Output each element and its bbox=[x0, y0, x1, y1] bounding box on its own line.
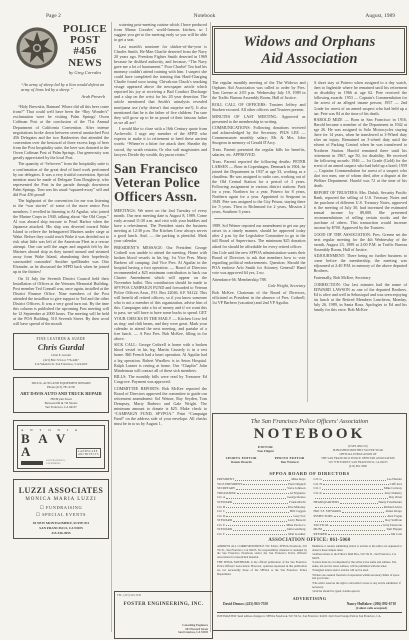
masthead-header: EDITOR Tom Flippin SPORTS EDITOR Dennis … bbox=[217, 445, 402, 469]
ad-footer: SAN FRANCISCO, CALIFORNIA bbox=[21, 460, 101, 466]
ad-phone: Phone (415) 781-9150 bbox=[16, 385, 106, 389]
board-title: SFPOA BOARD OF DIRECTORS bbox=[217, 471, 402, 476]
paragraph: CORRECTION: Our last minutes had the nam… bbox=[314, 282, 408, 312]
paragraph: A short stay at Potrero when assigned to… bbox=[314, 80, 408, 115]
paragraph: COMMUNICATIONS: Following donations rece… bbox=[212, 125, 306, 145]
paragraph: On 13 July the Seventh District Council … bbox=[13, 276, 109, 327]
widows-body: The regular monthly meeting of the The W… bbox=[212, 80, 407, 410]
fine-print: ADDRESS ALL CORRESPONDENCE TO: Editor, S… bbox=[217, 545, 402, 594]
editors-block: EDITOR Tom Flippin SPORTS EDITOR Dennis … bbox=[217, 445, 314, 469]
board-of-directors: PRESIDENTMike KeysVICE PRESIDENTPaul Chi… bbox=[217, 477, 402, 536]
paragraph: MEETINGS: We meet on the 2nd Tuesday of … bbox=[114, 208, 207, 243]
paragraph: Treas. Parenti reported the following de… bbox=[212, 159, 306, 215]
vpoa-headline: San Francisco Veteran Police Officers As… bbox=[114, 162, 207, 204]
paragraph: The highpoint of the convention for me w… bbox=[13, 198, 109, 274]
dotted-leader bbox=[323, 530, 385, 531]
dotted-leader bbox=[334, 516, 387, 517]
advertising-contact-left: David Demos: (415) 863-7550 bbox=[223, 602, 268, 610]
dotted-leader bbox=[342, 512, 385, 513]
notebook-masthead: The San Francisco Police Officers' Assoc… bbox=[212, 413, 407, 631]
ad-address: 50 NEW MONTGOMERY, SUITE 811 SAN FRANCIS… bbox=[16, 521, 106, 535]
ad-address: San Francisco, CA 94107 bbox=[16, 405, 106, 409]
ad-address: Consulting Engineers 667 Howard Street S… bbox=[178, 624, 208, 635]
ad-service: FUNDRAISING bbox=[16, 505, 106, 511]
board-row: Co. FMatt Gardner bbox=[217, 532, 306, 537]
paragraph: REPORT OF TRUSTEES: Mrs. Duluk, Security… bbox=[314, 190, 408, 231]
dotted-leader bbox=[235, 480, 290, 481]
advertising-contact-right: Nancy Huffaker: (206) 892-6710 (Collect … bbox=[347, 602, 396, 610]
ad-foster-engineering: TEL. (415) 543-1550 FOSTER ENGINEERING, … bbox=[114, 591, 213, 639]
ad-frame: A N T O N I A B A V A LANDSCAPE ARCHITEC… bbox=[17, 425, 105, 469]
issue-date: August, 1989 bbox=[365, 13, 395, 19]
dotted-leader bbox=[322, 489, 383, 490]
collect-calls-note: (Collect calls accepted) bbox=[347, 606, 396, 610]
sub-editors: SPORTS EDITOR Dennis Bianchi PHOTO EDITO… bbox=[217, 456, 314, 464]
rules-intro: Members or readers submitting letters or… bbox=[312, 545, 402, 553]
advertising-contacts: David Demos: (415) 863-7550 Nancy Huffak… bbox=[223, 602, 396, 610]
dotted-leader bbox=[233, 503, 288, 504]
widows-column-a: The regular monthly meeting of the The W… bbox=[212, 80, 306, 410]
dotted-leader bbox=[226, 498, 286, 499]
ad-business-name: Chris Gurdal bbox=[16, 342, 106, 352]
dotted-leader bbox=[323, 480, 386, 481]
dotted-leader bbox=[233, 530, 286, 531]
dotted-leader bbox=[226, 512, 289, 513]
association-line: The San Francisco Police Officers' Assoc… bbox=[217, 418, 402, 425]
dotted-leader bbox=[315, 498, 388, 499]
correspondence-notes: ADDRESS ALL CORRESPONDENCE TO: Editor, S… bbox=[217, 545, 307, 594]
board-right: Co. GLee HasslerCo. HCliff JavaCo. IMike… bbox=[314, 477, 403, 536]
paragraph: The quantity of “leftovers” from the hos… bbox=[13, 161, 109, 196]
police-post-column: POLICE POST #456 NEWS by Greg Corrales “… bbox=[13, 24, 109, 636]
ad-chris-gurdal: FINE LEATHER & SUEDE Chris Gurdal Chris … bbox=[13, 333, 109, 370]
widows-header-box: Widows and Orphans Aid Association bbox=[212, 26, 407, 75]
rule-item: Articles should be typed, double-spaced. bbox=[312, 590, 402, 594]
paragraph: watering post-meeting cuisine which I ha… bbox=[114, 22, 207, 42]
ad-name-row: B A V A LANDSCAPE ARCHITECTS bbox=[21, 432, 101, 458]
police-badge-icon bbox=[15, 26, 59, 70]
publication-info: (USPS 4822-50)PUBLISHED MONTHLY $10 PER … bbox=[314, 445, 402, 469]
vpoa-body: MEETINGS: We meet on the 2nd Tuesday of … bbox=[114, 208, 207, 427]
advertising-title: ADVERTISING bbox=[217, 596, 402, 601]
ad-tagline: FINE LEATHER & SUEDE bbox=[16, 337, 106, 341]
fine-print-paragraph: ADDRESS ALL CORRESPONDENCE TO: Editor, S… bbox=[217, 545, 307, 560]
board-left: PRESIDENTMike KeysVICE PRESIDENTPaul Chi… bbox=[217, 477, 306, 536]
ad-person: MONICA MARIA LUZZI bbox=[16, 497, 106, 502]
widows-col-b-text: A short stay at Potrero when assigned to… bbox=[314, 80, 408, 312]
association-office-line: ASSOCIATION OFFICE: 861-5060 bbox=[217, 538, 402, 543]
ad-business-name: LUZZI ASSOCIATES bbox=[16, 486, 106, 495]
paragraph: Treas. Parenti presented the regular bil… bbox=[212, 147, 306, 157]
column-divider bbox=[111, 22, 112, 632]
sports-editor: SPORTS EDITOR Dennis Bianchi bbox=[217, 456, 265, 464]
ad-address: SAN FRANCISCO, CALIFORNIA bbox=[46, 460, 65, 466]
column-divider bbox=[210, 22, 211, 632]
rules-list: Address letters to the Editor's Mail Box… bbox=[312, 553, 402, 593]
dotted-leader bbox=[233, 521, 287, 522]
paragraph: SICK CALL: George Cothrell is home with … bbox=[114, 342, 207, 372]
dotted-leader bbox=[226, 516, 292, 517]
section-rule bbox=[214, 218, 304, 219]
postmaster-line: POSTMASTER: Send address changes to SFPO… bbox=[217, 612, 402, 618]
paragraph: “Holy Brewskis, Batman! Where did all th… bbox=[13, 104, 109, 160]
notebook-title: NOTEBOOK bbox=[217, 426, 402, 443]
ad-business-name: B A V A bbox=[21, 432, 73, 458]
police-post-title: POLICE POST #456 NEWS by Greg Corrales bbox=[61, 24, 109, 76]
ad-address: 214 Valencia St. San Francisco, CA 94103 bbox=[16, 362, 106, 366]
paragraph: GOOD OF THE ASSOCIATION: Pres. Greene se… bbox=[314, 232, 408, 252]
ad-phone: TEL. (415) 543-1550 bbox=[117, 594, 210, 597]
ad-art-davis: TRUCK, AUTO AND EQUIPMENT REPAIRS Phone … bbox=[13, 377, 109, 413]
dotted-leader bbox=[315, 521, 385, 522]
dotted-leader bbox=[330, 525, 382, 526]
paragraph: ADJOURNMENT: There being no further busi… bbox=[314, 253, 408, 273]
newspaper-page: Page 2 Notebook August, 1989 POLICE POST… bbox=[0, 0, 409, 640]
ad-business-name: FOSTER ENGINEERING, INC. bbox=[117, 602, 210, 607]
paragraph: ROLL CALL OF OFFICERS: Trustees Jeffery … bbox=[212, 102, 306, 112]
dotted-leader bbox=[243, 484, 287, 485]
paragraph: Fraternally, Bob McKee, Secretary bbox=[314, 275, 408, 280]
dotted-leader bbox=[340, 503, 378, 504]
police-post-continuation: watering post-meeting cuisine which I ha… bbox=[114, 22, 207, 157]
dotted-leader bbox=[237, 493, 289, 494]
paragraph: Jim Cole said the new SFPOA administrati… bbox=[212, 250, 306, 275]
paragraph: 1989. Sol Weiner reported our amendment … bbox=[212, 223, 306, 248]
paragraph: HAROLD MIZE — Born in San Francisco in 1… bbox=[314, 117, 408, 188]
paragraph: I would like to close with a 16th Centur… bbox=[114, 126, 207, 156]
ad-luzzi: LUZZI ASSOCIATES MONICA MARIA LUZZI FUND… bbox=[13, 479, 109, 539]
photo-editor: PHOTO EDITOR Ben Winford bbox=[265, 456, 313, 464]
opening-quote: “An army of sheep led by a lion would de… bbox=[21, 82, 105, 100]
submission-rules: Members or readers submitting letters or… bbox=[312, 545, 402, 594]
vpoa-signature: Gale Wright, Secretary bbox=[212, 283, 306, 288]
quote-attribution: Arab Proverb bbox=[21, 94, 105, 100]
dotted-leader bbox=[236, 489, 286, 490]
black-bar bbox=[21, 461, 43, 465]
dotted-leader bbox=[226, 534, 287, 535]
vpoa-continuation: 1989. Sol Weiner reported our amendment … bbox=[212, 223, 306, 282]
police-post-body: “Holy Brewskis, Batman! Where did all th… bbox=[13, 104, 109, 326]
paragraph: Last month's nominee for shirker-of-the-… bbox=[114, 44, 207, 125]
police-post-byline: by Greg Corrales bbox=[61, 71, 109, 76]
dotted-leader bbox=[226, 525, 286, 526]
paragraph: The regular monthly meeting of the The W… bbox=[212, 80, 306, 100]
paragraph: MINUTES OF LAST MEETING: Approved as pre… bbox=[212, 114, 306, 124]
dotted-leader bbox=[323, 484, 389, 485]
ad-service: SPECIAL EVENTS bbox=[16, 512, 106, 518]
fine-print-paragraph: THE SFPOA NOTEBOOK is the official publi… bbox=[217, 561, 307, 576]
ad-profession: LANDSCAPE ARCHITECTS bbox=[76, 448, 101, 458]
ad-business-name: ART DAVIS AUTO AND TRUCK REPAIR bbox=[16, 391, 106, 396]
ad-antonia-bava: A N T O N I A B A V A LANDSCAPE ARCHITEC… bbox=[13, 420, 109, 472]
paragraph: BILLS: The monthly bills were read by Tr… bbox=[114, 374, 207, 384]
dotted-leader bbox=[226, 507, 287, 508]
dotted-leader bbox=[323, 493, 384, 494]
ad-phone: 415-546-4955 bbox=[16, 531, 106, 536]
editor-name: Tom Flippin bbox=[217, 449, 314, 453]
right-section: Widows and Orphans Aid Association The r… bbox=[212, 26, 407, 631]
widows-column-b: A short stay at Potrero when assigned to… bbox=[314, 80, 408, 410]
widows-title: Widows and Orphans Aid Association bbox=[217, 34, 402, 68]
police-post-header: POLICE POST #456 NEWS by Greg Corrales bbox=[13, 24, 109, 76]
vpoa-postscript: Bob McKee, Chairman of the Board of Dire… bbox=[212, 290, 306, 305]
board-row: RETIREDJim Cole bbox=[314, 532, 403, 537]
publication-line: (415) 861-5060 bbox=[314, 465, 402, 469]
paragraph: Attendance 66. Membership 788. bbox=[212, 277, 306, 282]
widows-col-a-text: The regular monthly meeting of the The W… bbox=[212, 80, 306, 214]
vpoa-column: watering post-meeting cuisine which I ha… bbox=[114, 22, 207, 588]
paragraph: PRESIDENT'S MESSAGE: Our President Georg… bbox=[114, 245, 207, 341]
publication-name: Notebook bbox=[0, 13, 409, 19]
dotted-leader bbox=[328, 534, 390, 535]
dotted-leader bbox=[315, 507, 383, 508]
paragraph: COMMITTEE REPORTS: Bob McKee reported th… bbox=[114, 386, 207, 427]
